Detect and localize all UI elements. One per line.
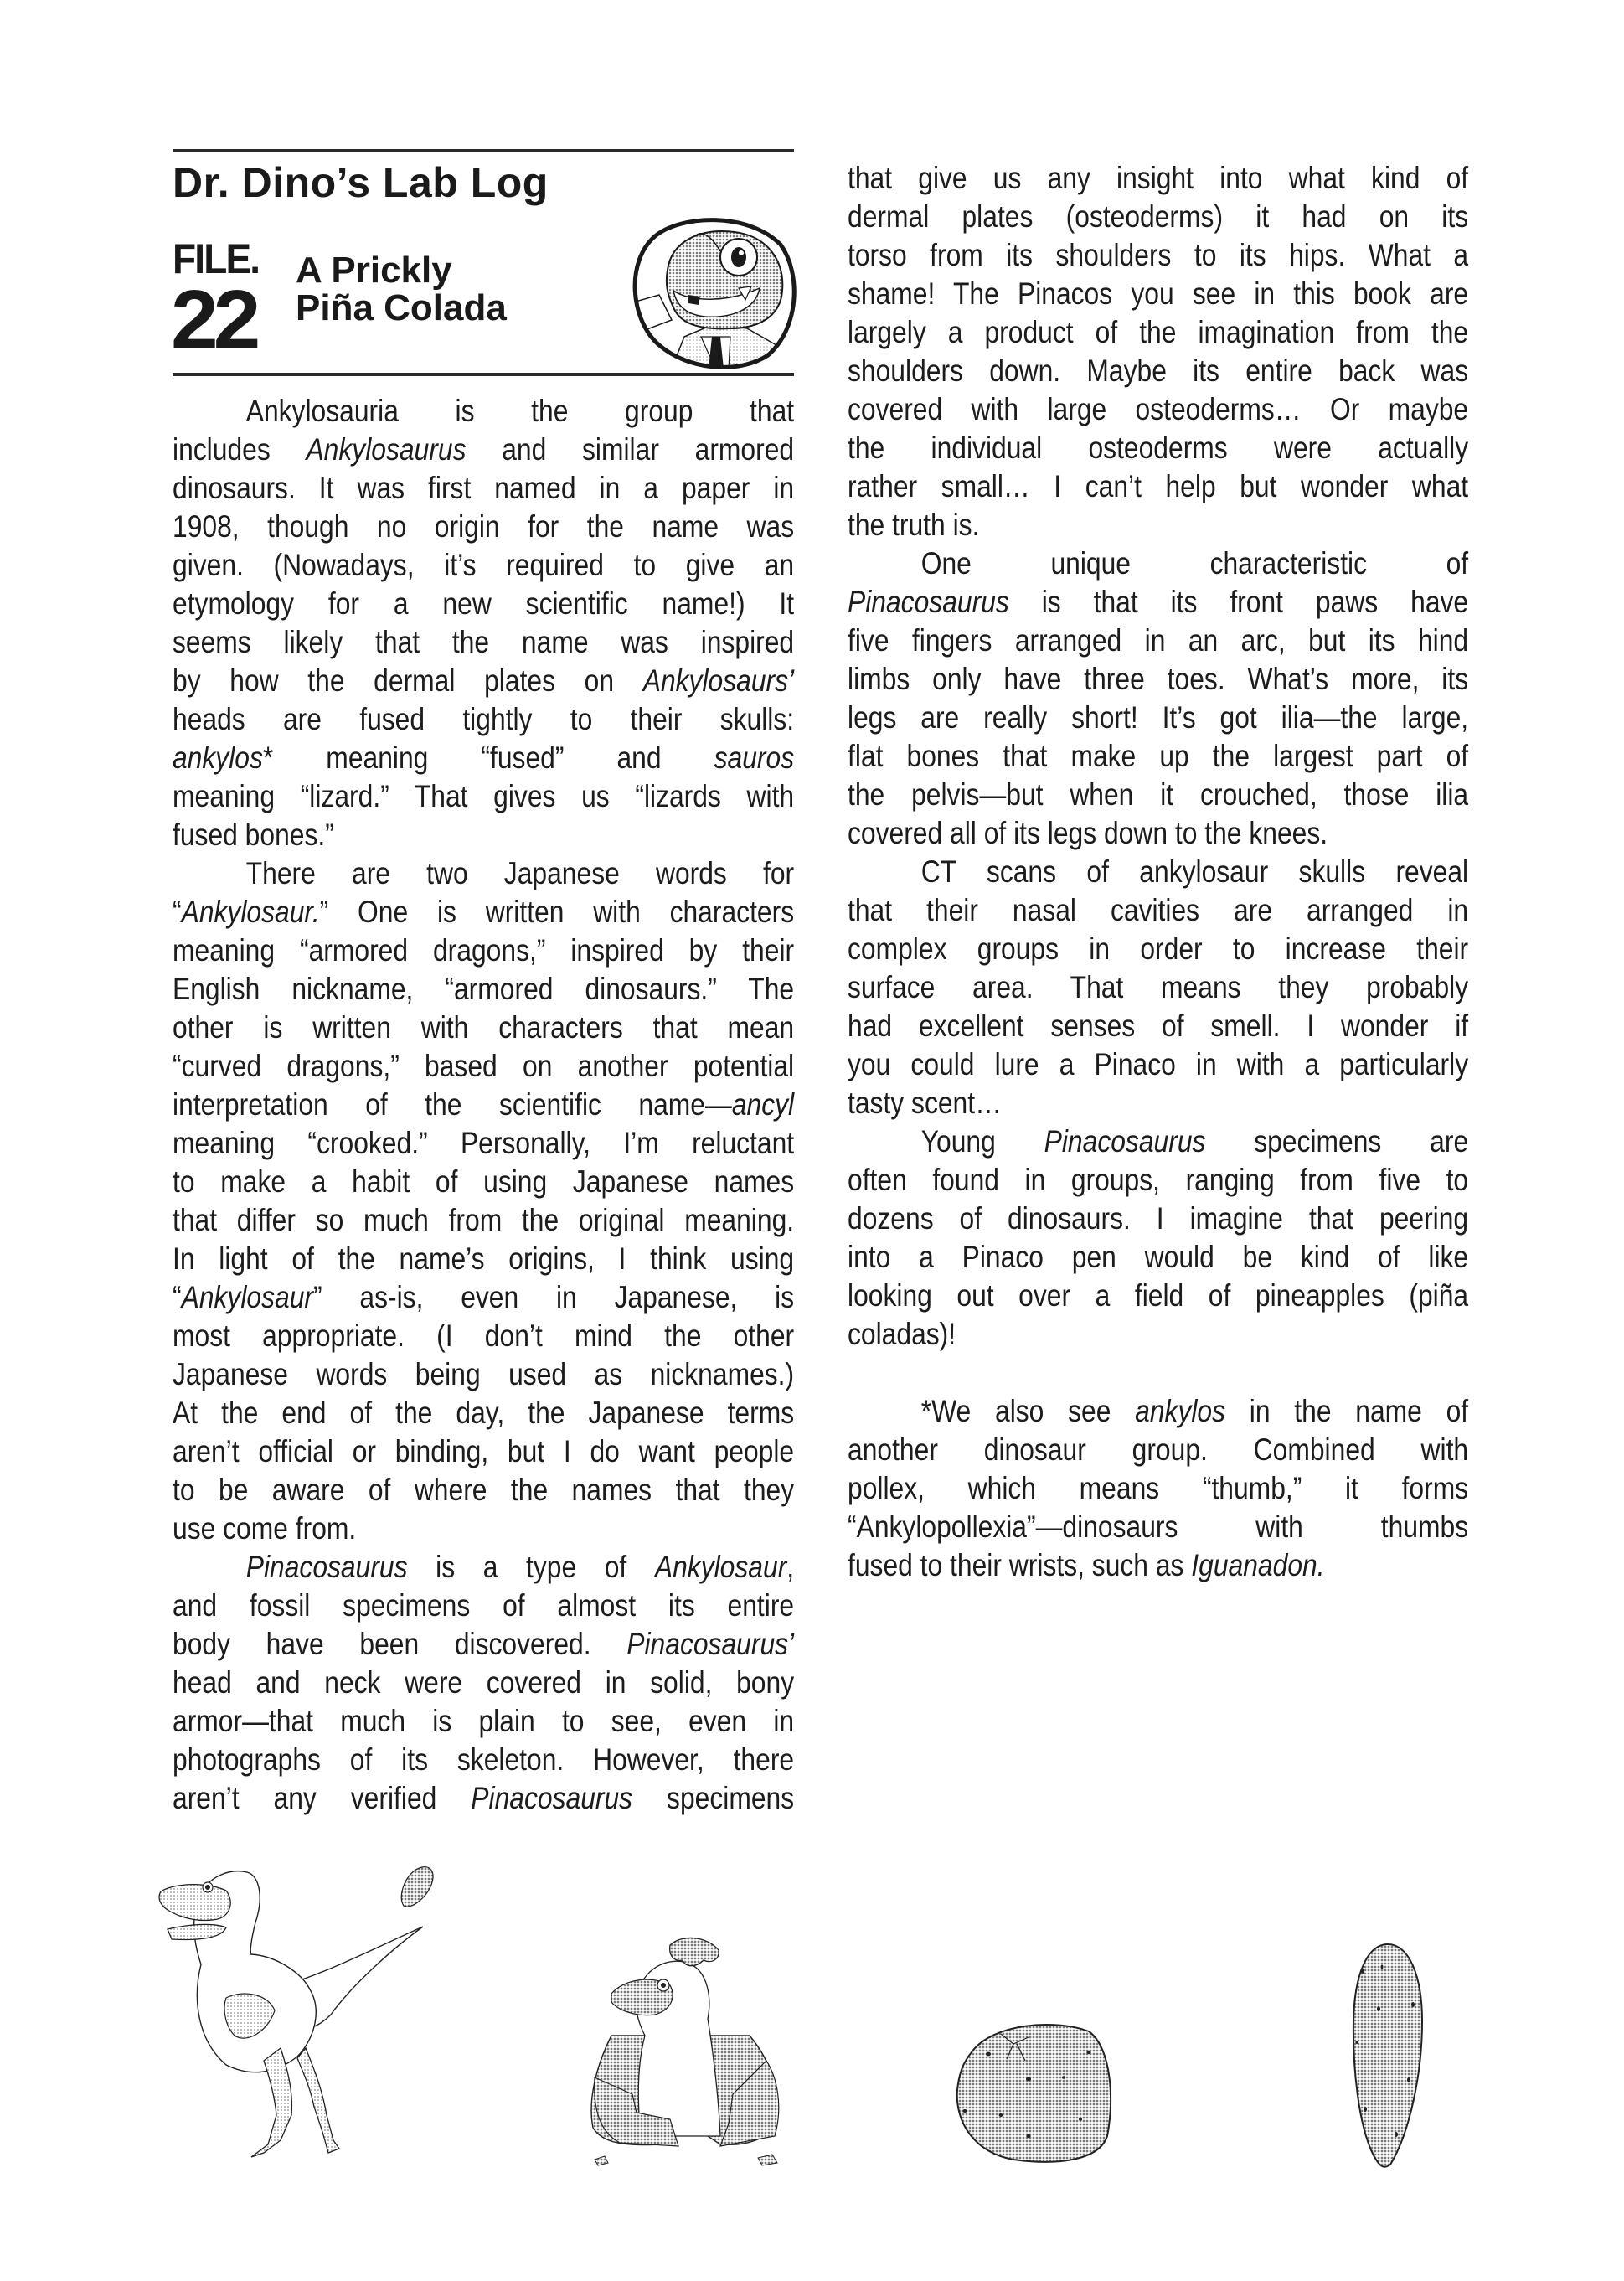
text-line: complex groups in order to increase thei… [848,930,1468,968]
chapter-subtitle: A Prickly Piña Colada [296,251,507,327]
text-line: had excellent senses of smell. I wonder … [848,1007,1468,1045]
text-line: shame! The Pinacos you see in this book … [848,275,1468,313]
text-line: use come from. [173,1509,794,1548]
text-line: aren’t any verified Pinacosaurus specime… [173,1779,794,1818]
text-line: seems likely that the name was inspired [173,623,794,662]
text-line: that their nasal cavities are arranged i… [848,891,1468,930]
text-line: shoulders down. Maybe its entire back wa… [848,352,1468,390]
text-line: tasty scent… [848,1084,1468,1122]
text-line: the individual osteoderms were actually [848,429,1468,467]
text-line: aren’t official or binding, but I do wan… [173,1432,794,1471]
text-line: coladas)! [848,1315,1468,1354]
text-line: into a Pinaco pen would be kind of like [848,1238,1468,1277]
text-line: etymology for a new scientific name!) It [173,585,794,623]
header-top-rule [173,149,794,152]
young-pinacosaurus-standing-illustration [142,1864,544,2182]
text-line: you could lure a Pinaco in with a partic… [848,1045,1468,1084]
text-line: Japanese words being used as nicknames.) [173,1355,794,1394]
text-line: pollex, which means “thumb,” it forms [848,1469,1468,1508]
text-line: English nickname, “armored dinosaurs.” T… [173,970,794,1009]
text-line: to make a habit of using Japanese names [173,1163,794,1201]
text-line: and fossil specimens of almost its entir… [173,1587,794,1625]
text-line: At the end of the day, the Japanese term… [173,1394,794,1432]
text-line: dinosaurs. It was first named in a paper… [173,469,794,508]
text-line: body have been discovered. Pinacosaurus’ [173,1625,794,1664]
subtitle-line-2: Piña Colada [296,289,507,327]
text-line: heads are fused tightly to their skulls: [173,700,794,739]
article-column-left: Ankylosauria is the group thatincludes A… [173,392,794,1818]
text-line: that give us any insight into what kind … [848,159,1468,198]
text-line: five fingers arranged in an arc, but its… [848,622,1468,660]
text-line: surface area. That means they probably [848,968,1468,1007]
page-title: Dr. Dino’s Lab Log [173,157,549,208]
text-line: most appropriate. (I don’t mind the othe… [173,1317,794,1355]
text-line: One unique characteristic of [848,544,1468,583]
pinacosaurus-hatching-illustration [586,1927,804,2178]
text-line: other is written with characters that me… [173,1009,794,1047]
text-line: legs are really short! It’s got ilia—the… [848,699,1468,737]
header-bottom-rule [173,373,794,376]
cracked-egg-illustration [955,2019,1114,2170]
text-line: fused to their wrists, such as Iguanadon… [848,1546,1468,1585]
text-line: head and neck were covered in solid, bon… [173,1664,794,1702]
text-line: 1908, though no origin for the name was [173,508,794,546]
text-line: covered with large osteoderms… Or maybe [848,390,1468,429]
text-line: dozens of dinosaurs. I imagine that peer… [848,1200,1468,1238]
text-line: that differ so much from the original me… [173,1201,794,1240]
text-line: the truth is. [848,506,1468,544]
text-line: Young Pinacosaurus specimens are [848,1122,1468,1161]
text-line: given. (Nowadays, it’s required to give … [173,546,794,585]
article-column-right: that give us any insight into what kind … [848,159,1468,1585]
text-line [848,1354,1468,1392]
text-line: Pinacosaurus is that its front paws have [848,583,1468,622]
text-line: flat bones that make up the largest part… [848,737,1468,776]
text-line: dermal plates (osteoderms) it had on its [848,198,1468,236]
text-line: by how the dermal plates on Ankylosaurs’ [173,662,794,700]
subtitle-line-1: A Prickly [296,251,507,289]
text-line: “Ankylosaur.” One is written with charac… [173,893,794,931]
file-number: 22 [171,278,255,362]
text-line: “Ankylosaur” as-is, even in Japanese, is [173,1278,794,1317]
text-line: “curved dragons,” based on another poten… [173,1047,794,1086]
text-line: rather small… I can’t help but wonder wh… [848,467,1468,506]
text-line: covered all of its legs down to the knee… [848,814,1468,853]
text-line: ankylos* meaning “fused” and sauros [173,739,794,777]
text-line: torso from its shoulders to its hips. Wh… [848,236,1468,275]
text-line: meaning “lizard.” That gives us “lizards… [173,777,794,816]
text-line: *We also see ankylos in the name of [848,1392,1468,1431]
text-line: includes Ankylosaurus and similar armore… [173,431,794,469]
text-line: “Ankylopollexia”—dinosaurs with thumbs [848,1508,1468,1546]
text-line: photographs of its skeleton. However, th… [173,1741,794,1779]
text-line: fused bones.” [173,816,794,854]
text-line: meaning “armored dragons,” inspired by t… [173,931,794,970]
text-line: another dinosaur group. Combined with [848,1431,1468,1469]
text-line: Pinacosaurus is a type of Ankylosaur, [173,1548,794,1587]
text-line: to be aware of where the names that they [173,1471,794,1509]
text-line: armor—that much is plain to see, even in [173,1702,794,1741]
text-line: meaning “crooked.” Personally, I’m reluc… [173,1124,794,1163]
text-line: There are two Japanese words for [173,854,794,893]
text-line: interpretation of the scientific name—an… [173,1086,794,1124]
text-line: Ankylosauria is the group that [173,392,794,431]
text-line: limbs only have three toes. What’s more,… [848,660,1468,699]
text-line: largely a product of the imagination fro… [848,313,1468,352]
text-line: In light of the name’s origins, I think … [173,1240,794,1278]
elongated-egg-illustration [1350,1942,1426,2168]
text-line: the pelvis—but when it crouched, those i… [848,776,1468,814]
text-line: often found in groups, ranging from five… [848,1161,1468,1200]
text-line: looking out over a field of pineapples (… [848,1277,1468,1315]
text-line: CT scans of ankylosaur skulls reveal [848,853,1468,891]
dr-dino-mascot-icon [621,211,802,369]
